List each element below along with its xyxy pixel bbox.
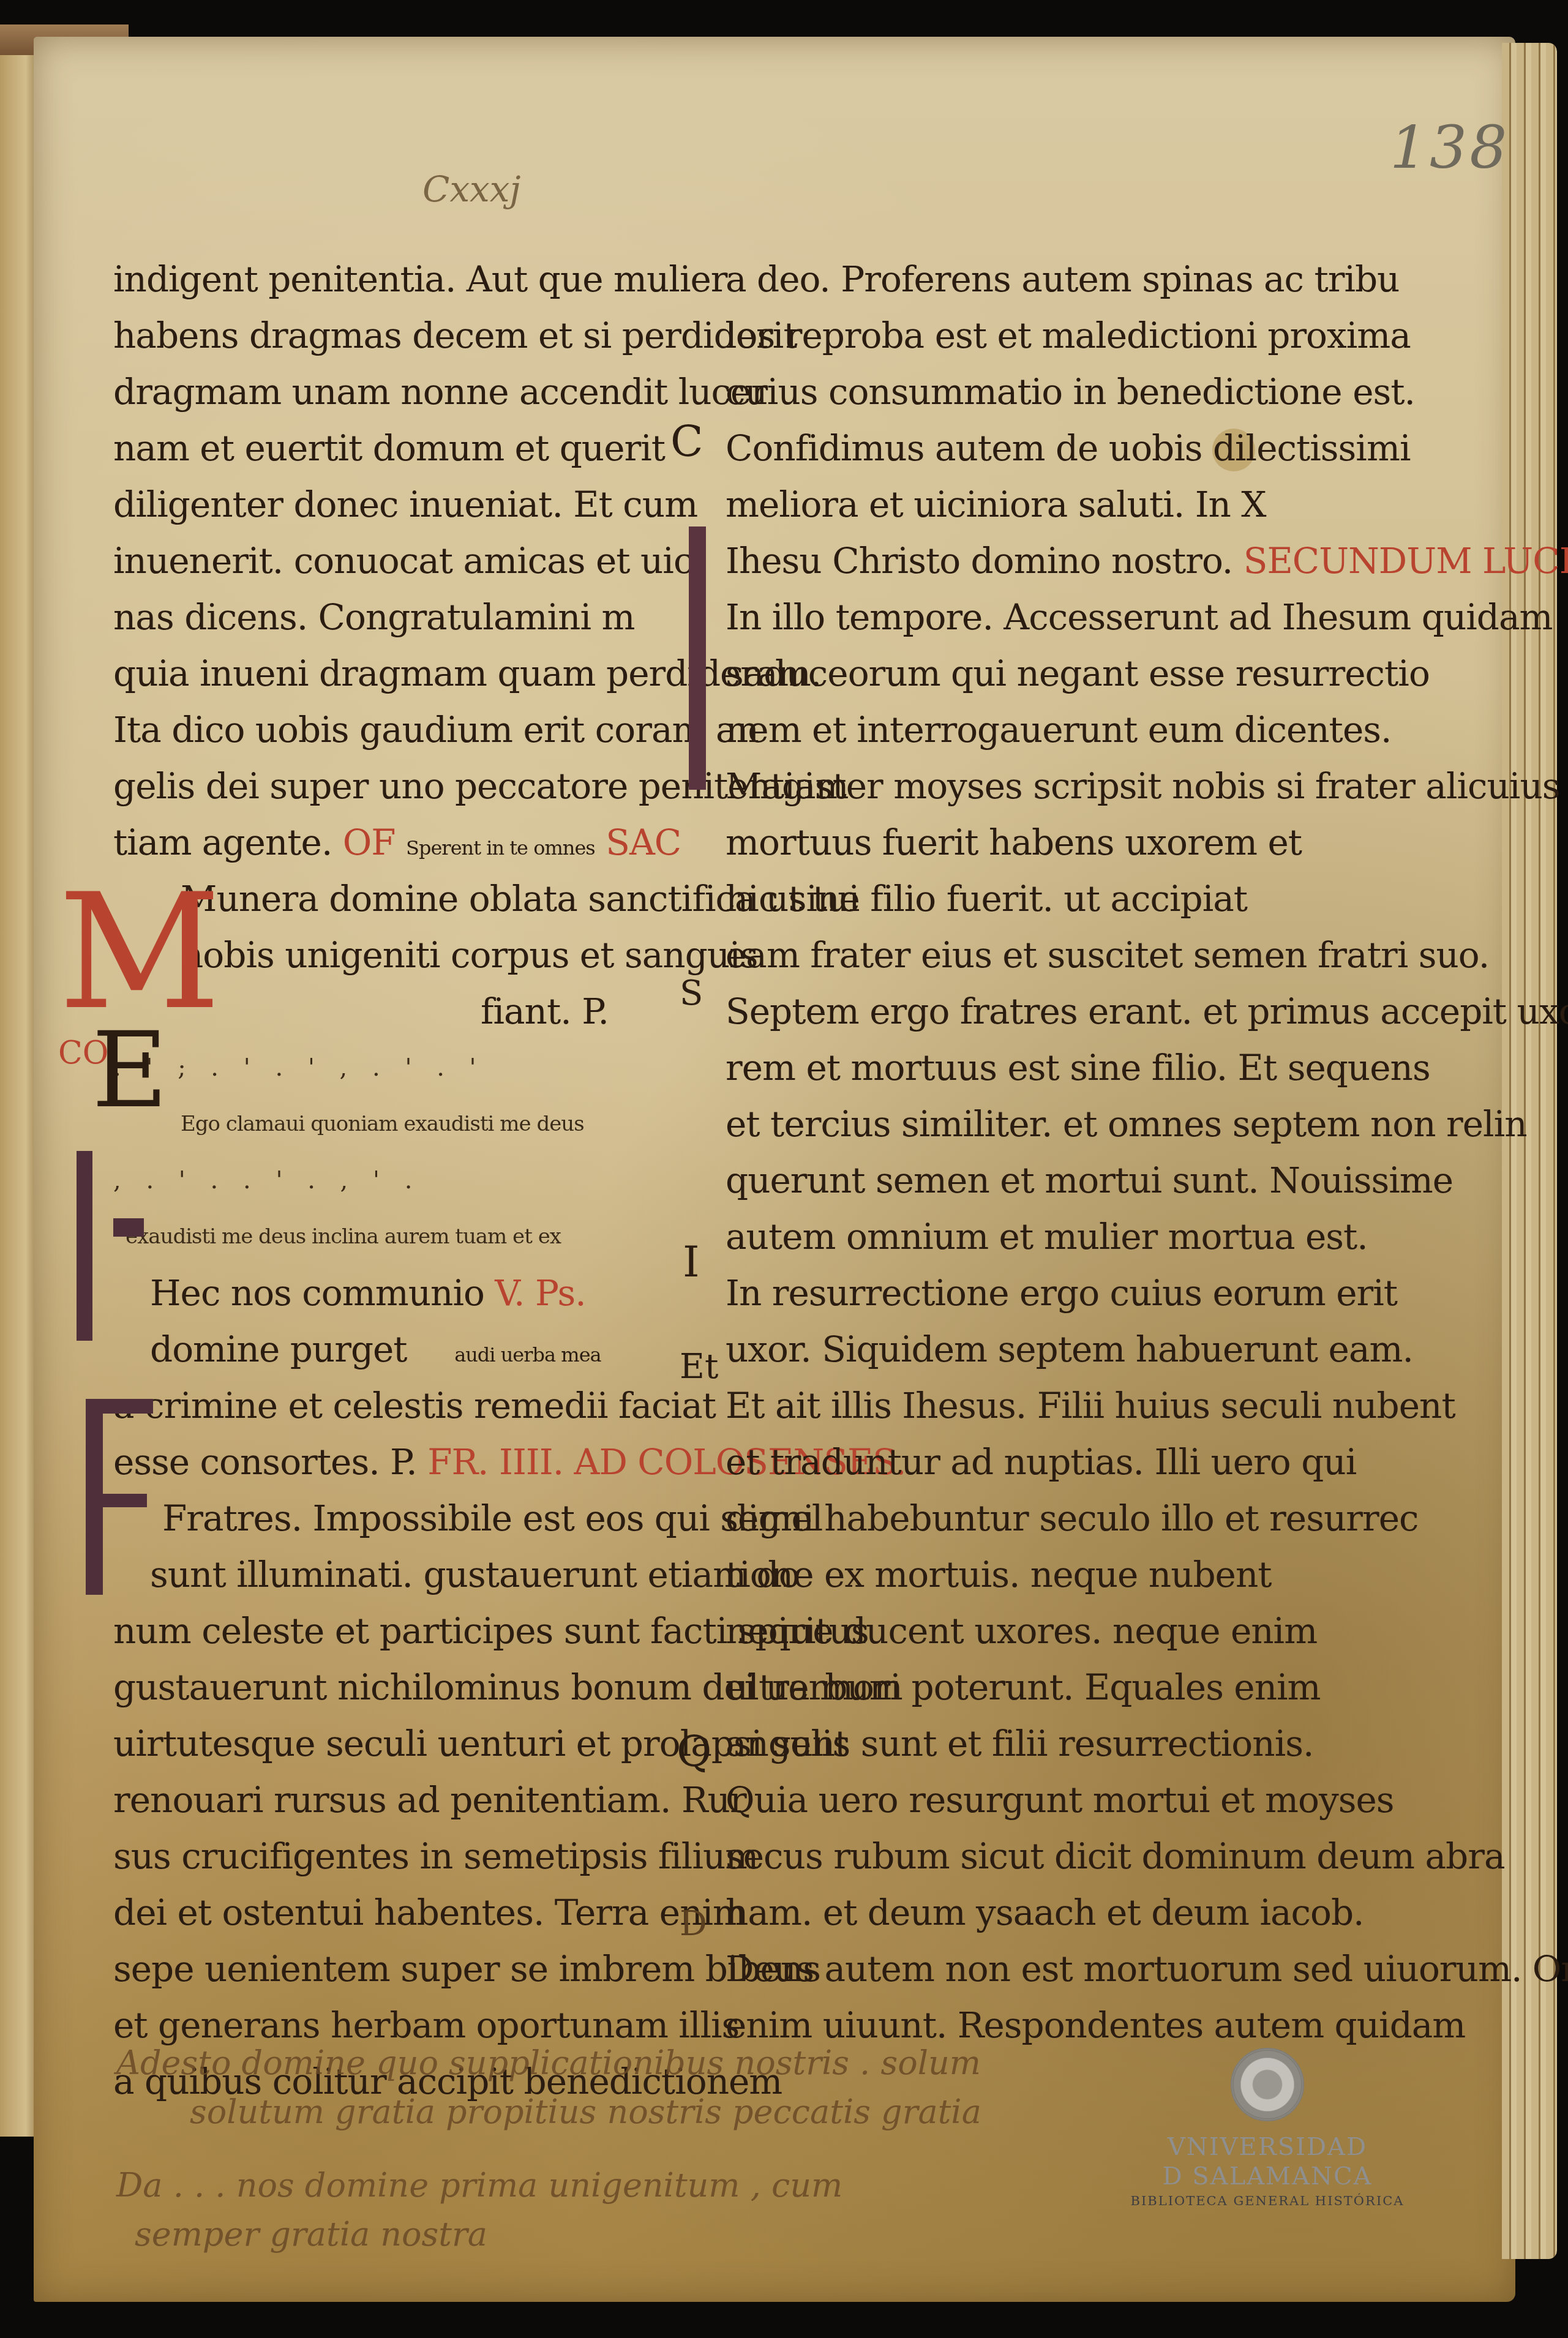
postcommunion-text: domine purget [150,1328,407,1370]
gospel-line: Et ait illis Ihesus. Filii huius seculi … [726,1377,1277,1434]
initial-i-purple [689,526,706,790]
column-b: a deo. Proferens autem spinas ac tribu l… [726,251,1277,2053]
epistle-line: sus crucifigentes in semetipsis filium [113,1828,652,1884]
gospel-line: ham. et deum ysaach et deum iacob. [726,1884,1277,1941]
postcommunion-line: a crimine et celestis remedii faciat [113,1377,652,1434]
column-a: indigent penitentia. Aut que mulier habe… [113,251,652,2110]
gospel-line: angelis sunt et filii resurrectionis. [726,1715,1277,1772]
gospel-line: ultra mori poterunt. Equales enim [726,1659,1277,1715]
postcommunion-line: esse consortes. P. FR. IIII. AD COLOSENS… [113,1434,652,1490]
postcommunion-line: Hec nos communio V. Ps. [113,1265,652,1321]
margin-letter: Q [677,1726,711,1777]
neume-notation: , . ' . . ' . , ' . [113,1152,652,1208]
initial-h-purple [77,1151,129,1341]
gospel-line: Quia uero resurgunt mortui et moyses [726,1772,1277,1828]
gospel-line: mortuus fuerit habens uxorem et [726,814,1277,871]
offertory-text: Sperent in te omnes [406,836,595,860]
gospel-line: nem et interrogauerunt eum dicentes. [726,702,1277,758]
audi-line: audi uerba mea [418,1343,601,1366]
postcommunion-rubric: V. Ps. [495,1272,585,1314]
margin-letter: C [670,416,703,466]
gospel-line: neque ducent uxores. neque enim [726,1603,1277,1659]
epistle-line: uirtutesque seculi uenturi et prolapsi s… [113,1715,652,1772]
initial-h-crossbar [113,1218,144,1237]
gospel-line: et traduntur ad nuptias. Illi uero qui [726,1434,1277,1490]
bottom-marginalia: Adesto domine quo supplicationibus nostr… [116,2039,943,2259]
text-line: dragmam unam nonne accendit lucer [113,364,652,420]
gospel-heading-line: Ihesu Christo domino nostro. SECUNDUM LU… [726,533,1277,589]
gospel-line: uxor. Siquidem septem habuerunt eam. [726,1321,1277,1377]
marginalia-line: semper gratia nostra [116,2210,943,2259]
epistle-line: sunt illuminati. gustauerunt etiam do [113,1546,652,1603]
text-line: diligenter donec inueniat. Et cum [113,476,652,533]
gospel-line: autem omnium et mulier mortua est. [726,1208,1277,1265]
marginalia-line: Da . . . nos domine prima unigenitum , c… [116,2161,943,2210]
margin-letter: I [683,1237,700,1287]
text-line: cuius consummatio in benedictione est. [726,364,1277,420]
gospel-line: In resurrectione ergo cuius eorum erit [726,1265,1277,1321]
epistle-line: sepe uenientem super se imbrem bibens [113,1941,652,1997]
postcommunion-text: Hec nos communio [150,1272,484,1314]
epistle-line: renouari rursus ad penitentiam. Rur [113,1772,652,1828]
text-line: meliora et uiciniora saluti. In X [726,476,1277,533]
gospel-line: hic sine filio fuerit. ut accipiat [726,871,1277,927]
neume-notation: . ' ; . ' . ' , . ' . ' [113,1040,652,1096]
gospel-line: tione ex mortuis. neque nubent [726,1546,1277,1603]
gospel-line: saduceorum qui negant esse resurrectio [726,645,1277,702]
marginalia-line: solutum gratia propitius nostris peccati… [116,2088,943,2137]
psalm-line: exaudisti me deus inclina aurem tuam et … [113,1208,652,1265]
margin-letter: Et [680,1347,718,1387]
gospel-line: In illo tempore. Accesserunt ad Ihesum q… [726,589,1277,645]
text-line: tiam agente. [113,822,332,863]
text-line: habens dragmas decem et si perdiderit [113,307,652,364]
postcommunion-text: esse consortes. P. [113,1441,417,1483]
communion-incipit: Ego clamaui quoniam exaudisti me deus [113,1096,652,1152]
initial-f-top-bar [86,1399,153,1414]
text-line: Confidimus autem de uobis dilectissimi [726,420,1277,476]
running-head: Cxxxj [422,168,521,210]
text-line: indigent penitentia. Aut que mulier [113,251,652,307]
gospel-line: digni habebuntur seculo illo et resurrec [726,1490,1277,1546]
postcommunion-line: domine purget audi uerba mea [113,1321,652,1377]
marginalia-line: Adesto domine quo supplicationibus nostr… [116,2039,943,2088]
gospel-line: eam frater eius et suscitet semen fratri… [726,927,1277,983]
gospel-line: Septem ergo fratres erant. et primus acc… [726,983,1277,1040]
watermark-library: BIBLIOTECA GENERAL HISTÓRICA [1120,2194,1414,2208]
text-line: gelis dei super uno peccatore penitentia… [113,758,652,814]
text-line: los reproba est et maledictioni proxima [726,307,1277,364]
gospel-line: querunt semen et mortui sunt. Nouissime [726,1152,1277,1208]
margin-letter: D [680,1904,707,1944]
text-line: nam et euertit domum et querit [113,420,652,476]
watermark-salamanca: D SALAMANCA [1120,2162,1414,2191]
text-line: nas dicens. Congratulamini m [113,589,652,645]
library-watermark: VNIVERSIDAD D SALAMANCA BIBLIOTECA GENER… [1120,2048,1414,2208]
epistle-line: gustauerunt nichilominus bonum dei uerbu… [113,1659,652,1715]
text-line: Ita dico uobis gaudium erit coram an [113,702,652,758]
text-line: inuenerit. conuocat amicas et uici [113,533,652,589]
university-seal-icon [1231,2048,1304,2121]
secret-rubric: SAC [606,822,681,863]
margin-letter: S [680,973,703,1013]
offertory-rubric: OF [343,822,396,863]
gospel-line: et tercius similiter. et omnes septem no… [726,1096,1277,1152]
epistle-line: dei et ostentui habentes. Terra enim [113,1884,652,1941]
page-edges [1502,43,1557,2259]
communion-margin-rubric: CO [58,1035,108,1071]
gospel-line: Magister moyses scripsit nobis si frater… [726,758,1277,814]
text-line: a deo. Proferens autem spinas ac tribu [726,251,1277,307]
initial-f-mid-bar [92,1494,147,1507]
epistle-line: Fratres. Impossibile est eos qui semel [113,1490,652,1546]
gospel-line: rem et mortuus est sine filio. Et sequen… [726,1040,1277,1096]
gospel-line: Deus autem non est mortuorum sed uiuorum… [726,1941,1277,1997]
gospel-line: secus rubum sicut dicit dominum deum abr… [726,1828,1277,1884]
text-line: Ihesu Christo domino nostro. [726,540,1232,582]
watermark-university: VNIVERSIDAD [1120,2132,1414,2162]
epistle-line: num celeste et participes sunt facti spi… [113,1603,652,1659]
folio-number: 138 [1390,113,1509,182]
text-line: quia inueni dragmam quam perdideram. [113,645,652,702]
gospel-rubric: SECUNDUM LUCHAM. [1244,540,1568,582]
